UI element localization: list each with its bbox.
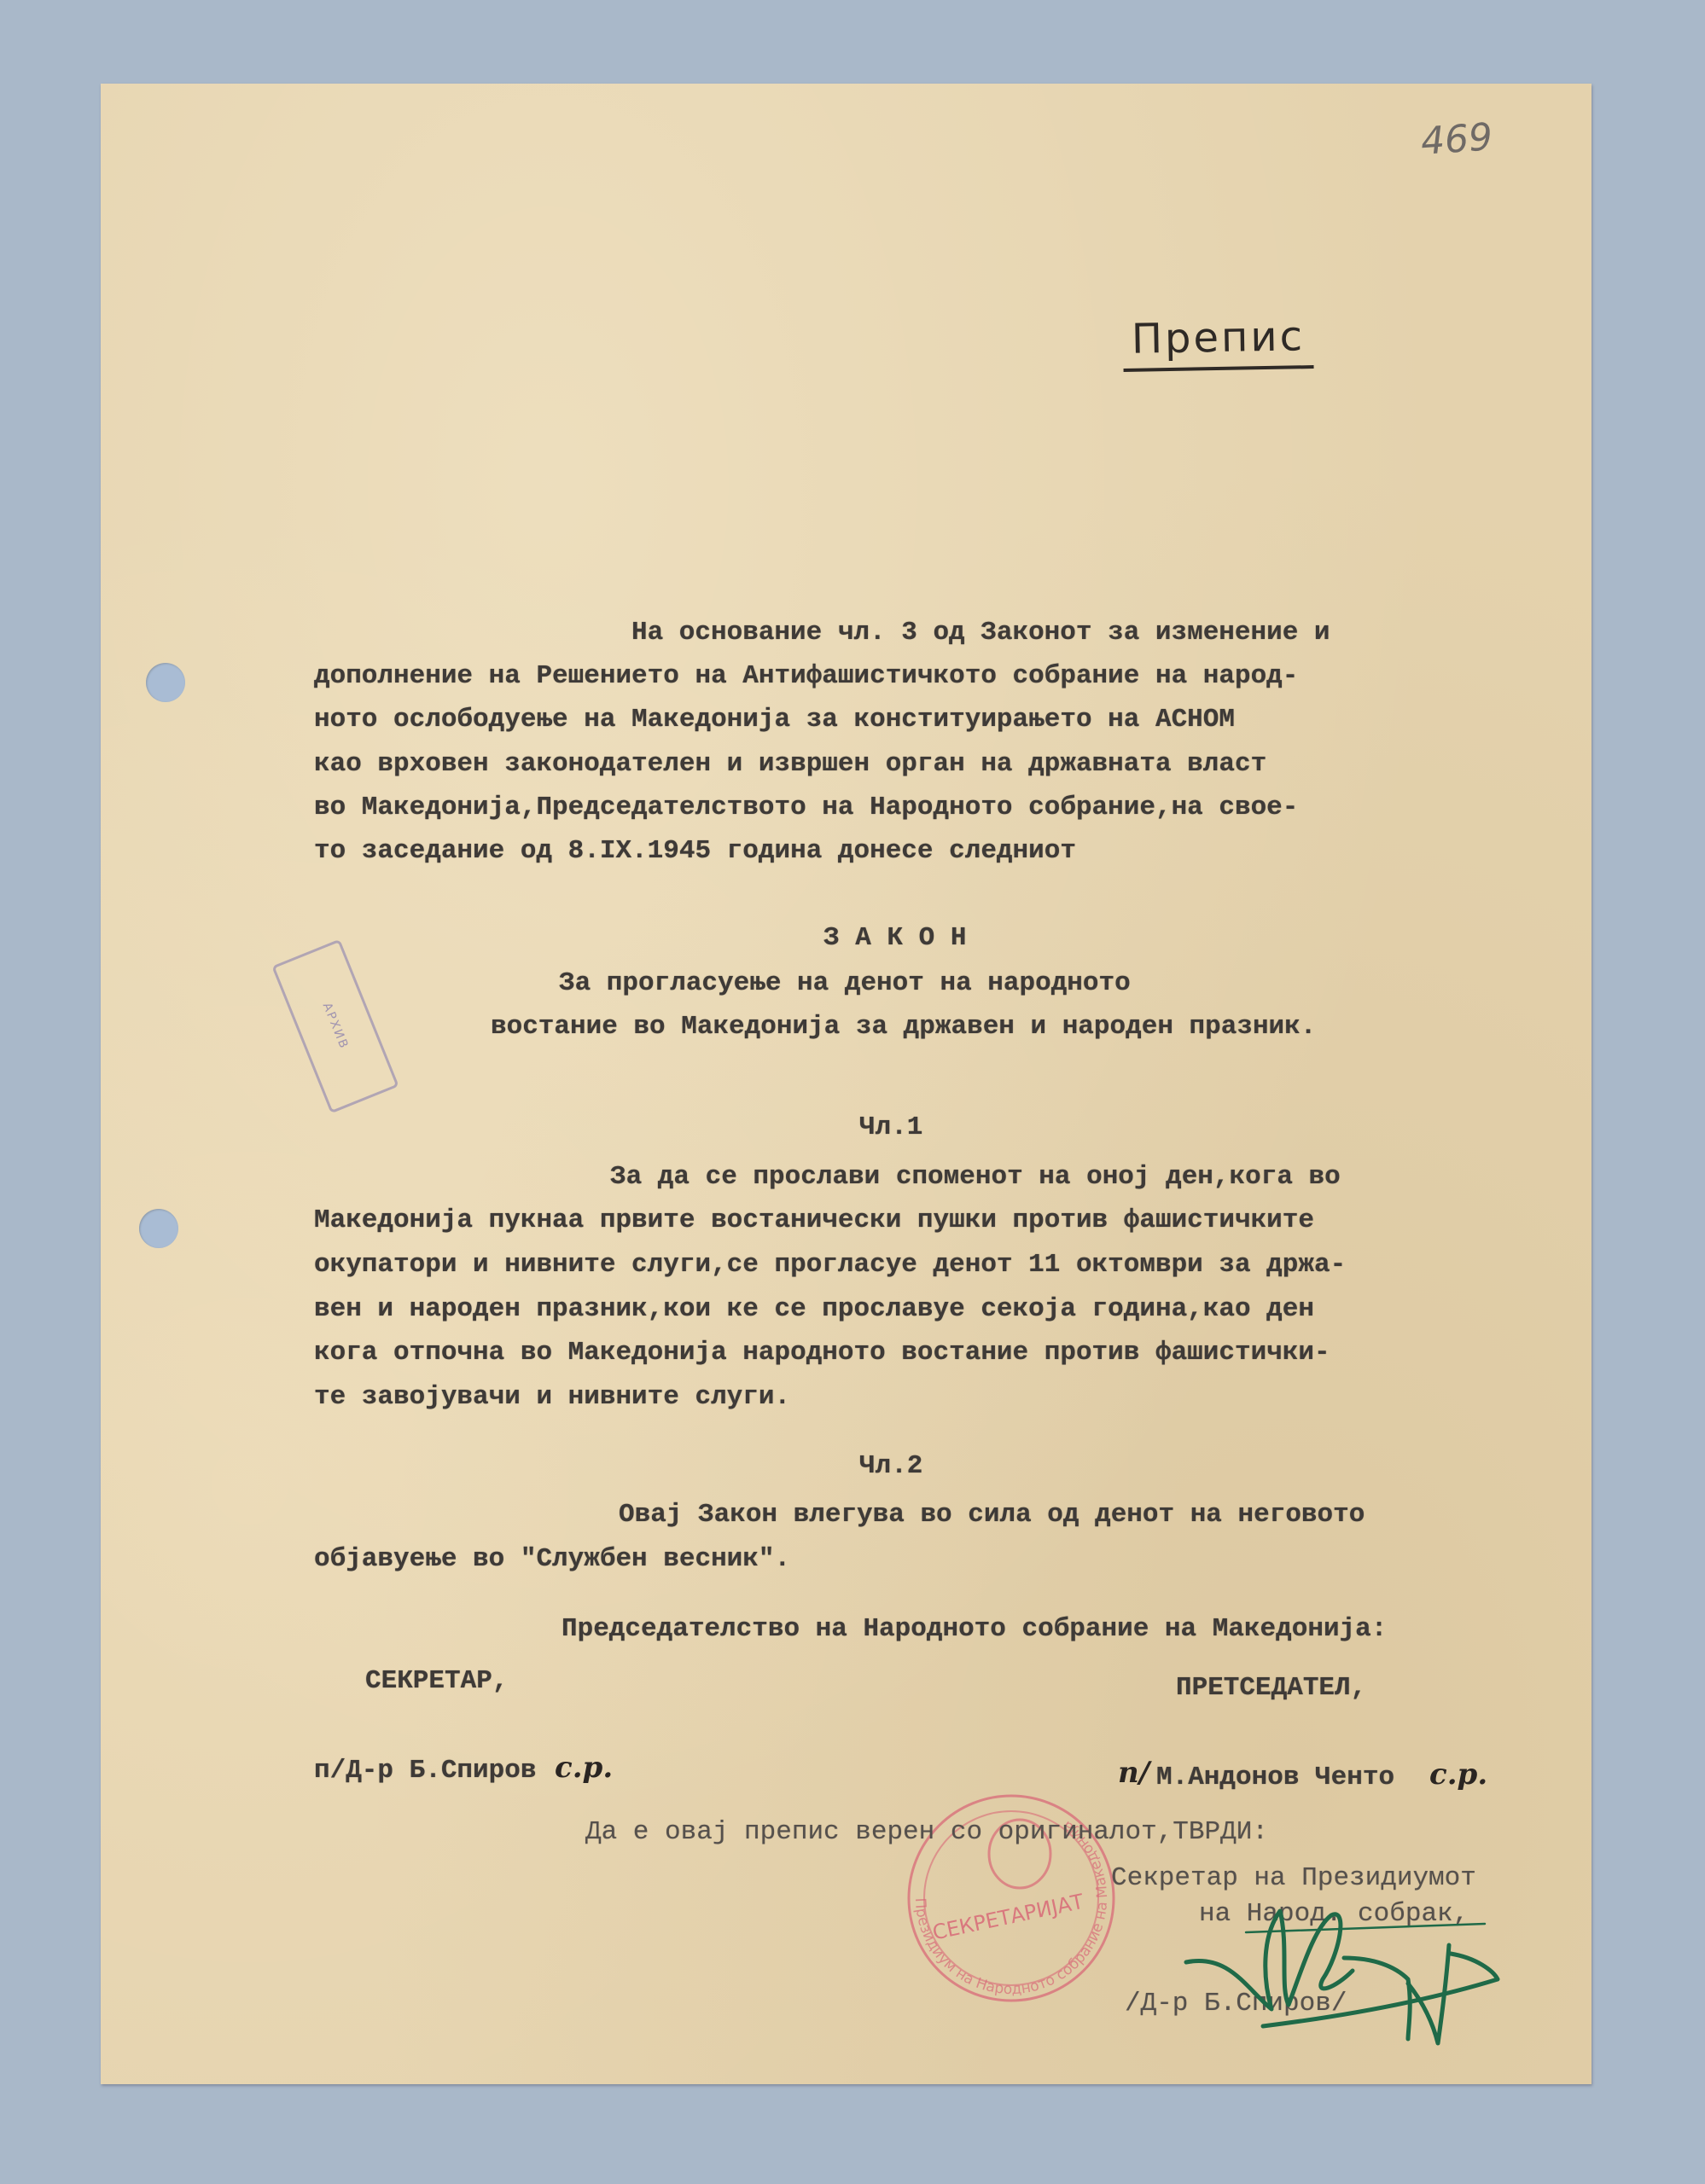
law-title-line: За прогласуење на денот на народното bbox=[559, 970, 1131, 996]
secretary-name: п/Д-р Б.Спиров bbox=[314, 1757, 536, 1784]
article-heading: Чл.1 bbox=[859, 1114, 922, 1141]
punch-hole-top bbox=[146, 663, 185, 702]
preamble-line: На основание чл. 3 од Законот за изменен… bbox=[631, 619, 1330, 646]
svg-text:СЕКРЕТАРИЈАТ: СЕКРЕТАРИЈАТ bbox=[930, 1890, 1085, 1945]
page-number: 469 bbox=[1419, 115, 1493, 164]
article-line: те завојувачи и нивните слуги. bbox=[314, 1384, 790, 1410]
issuer-line: Председателство на Народното собрание на… bbox=[562, 1616, 1387, 1642]
law-title-line: востание во Македонија за државен и наро… bbox=[491, 1014, 1316, 1040]
article-line: кога отпочна во Македонија народното вос… bbox=[314, 1339, 1330, 1366]
handwritten-signature bbox=[1152, 1877, 1510, 2047]
article-line: вен и народен празник,кои ке се прославу… bbox=[314, 1296, 1314, 1322]
preamble-line: во Македонија,Председателството на Народ… bbox=[314, 794, 1298, 821]
secretary-sr-mark: с.р. bbox=[555, 1751, 613, 1785]
article-line: окупатори и нивните слуги,се прогласуе д… bbox=[314, 1252, 1346, 1278]
president-name: М.Андонов Ченто bbox=[1156, 1764, 1394, 1791]
president-prefix-mark: п/ bbox=[1118, 1756, 1149, 1790]
certification-statement: Да е овај препис верен со оригиналот,ТВР… bbox=[585, 1819, 1268, 1845]
secretary-title: СЕКРЕТАР, bbox=[365, 1668, 508, 1694]
preamble-line: као врховен законодателен и извршен орга… bbox=[314, 751, 1266, 777]
preamble-line: дополнение на Решението на Антифашистичк… bbox=[314, 663, 1298, 689]
copy-mark-handwritten: Препис bbox=[1122, 312, 1313, 372]
article-heading: Чл.2 bbox=[859, 1453, 922, 1479]
article-line: објавуење во "Службен весник". bbox=[314, 1546, 790, 1572]
article-line: За да се прослави споменот на оној ден,к… bbox=[610, 1164, 1341, 1190]
president-title: ПРЕТСЕДАТЕЛ, bbox=[1176, 1675, 1366, 1701]
preamble-line: то заседание од 8.IX.1945 година донесе … bbox=[314, 838, 1076, 864]
preamble-line: ното ослободуење на Македонија за консти… bbox=[314, 706, 1235, 733]
law-heading: З А К О Н bbox=[823, 925, 966, 951]
punch-hole-bottom bbox=[139, 1209, 178, 1248]
president-sr-mark: с.р. bbox=[1429, 1757, 1487, 1792]
article-line: Македонија пукнаа првите востанически пу… bbox=[314, 1207, 1314, 1234]
article-line: Овај Закон влегува во сила од денот на н… bbox=[619, 1501, 1365, 1528]
